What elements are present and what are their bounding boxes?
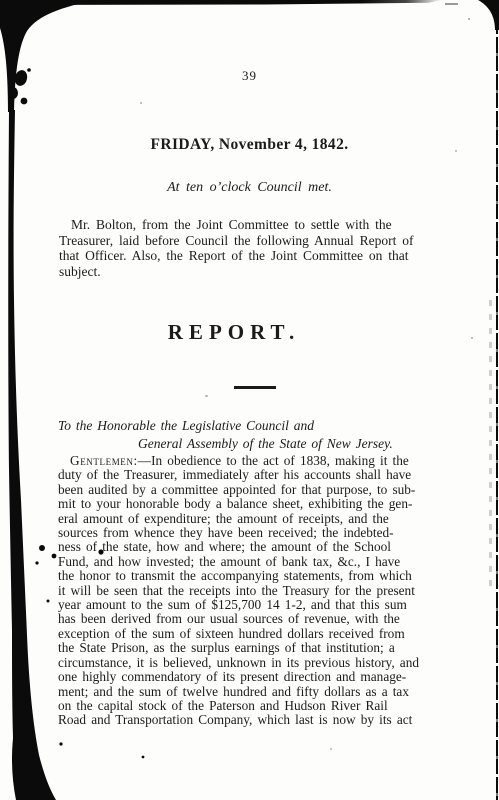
intro-paragraph: Mr. Bolton, from the Joint Committee to … [59, 217, 459, 280]
ink-speck [140, 102, 142, 104]
ink-speck [205, 395, 208, 397]
session-date-heading: FRIDAY, November 4, 1842. [0, 136, 499, 154]
right-scan-edge [496, 0, 498, 800]
body-text: —In obedience to the act of 1838, making… [58, 453, 419, 727]
report-title: REPORT. [0, 320, 468, 345]
salutation-line-2: General Assembly of the State of New Jer… [138, 435, 460, 453]
ink-speck [468, 18, 470, 20]
ink-speck [330, 748, 332, 750]
report-body-paragraph: Gentlemen:—In obedience to the act of 18… [58, 454, 461, 728]
right-gray-strip [489, 300, 492, 590]
top-gray-dash [445, 3, 458, 5]
body-lead-word: Gentlemen: [70, 453, 138, 468]
salutation: To the Honorable the Legislative Council… [58, 417, 460, 452]
page-number: 39 [0, 68, 499, 84]
meeting-time-note: At ten o’clock Council met. [0, 180, 499, 196]
salutation-line-1: To the Honorable the Legislative Council… [58, 417, 460, 435]
ink-speck [471, 337, 473, 339]
title-rule-divider [234, 386, 276, 389]
top-scan-edge [0, 0, 442, 5]
scanned-document-page: 39 FRIDAY, November 4, 1842. At ten o’cl… [0, 0, 499, 800]
